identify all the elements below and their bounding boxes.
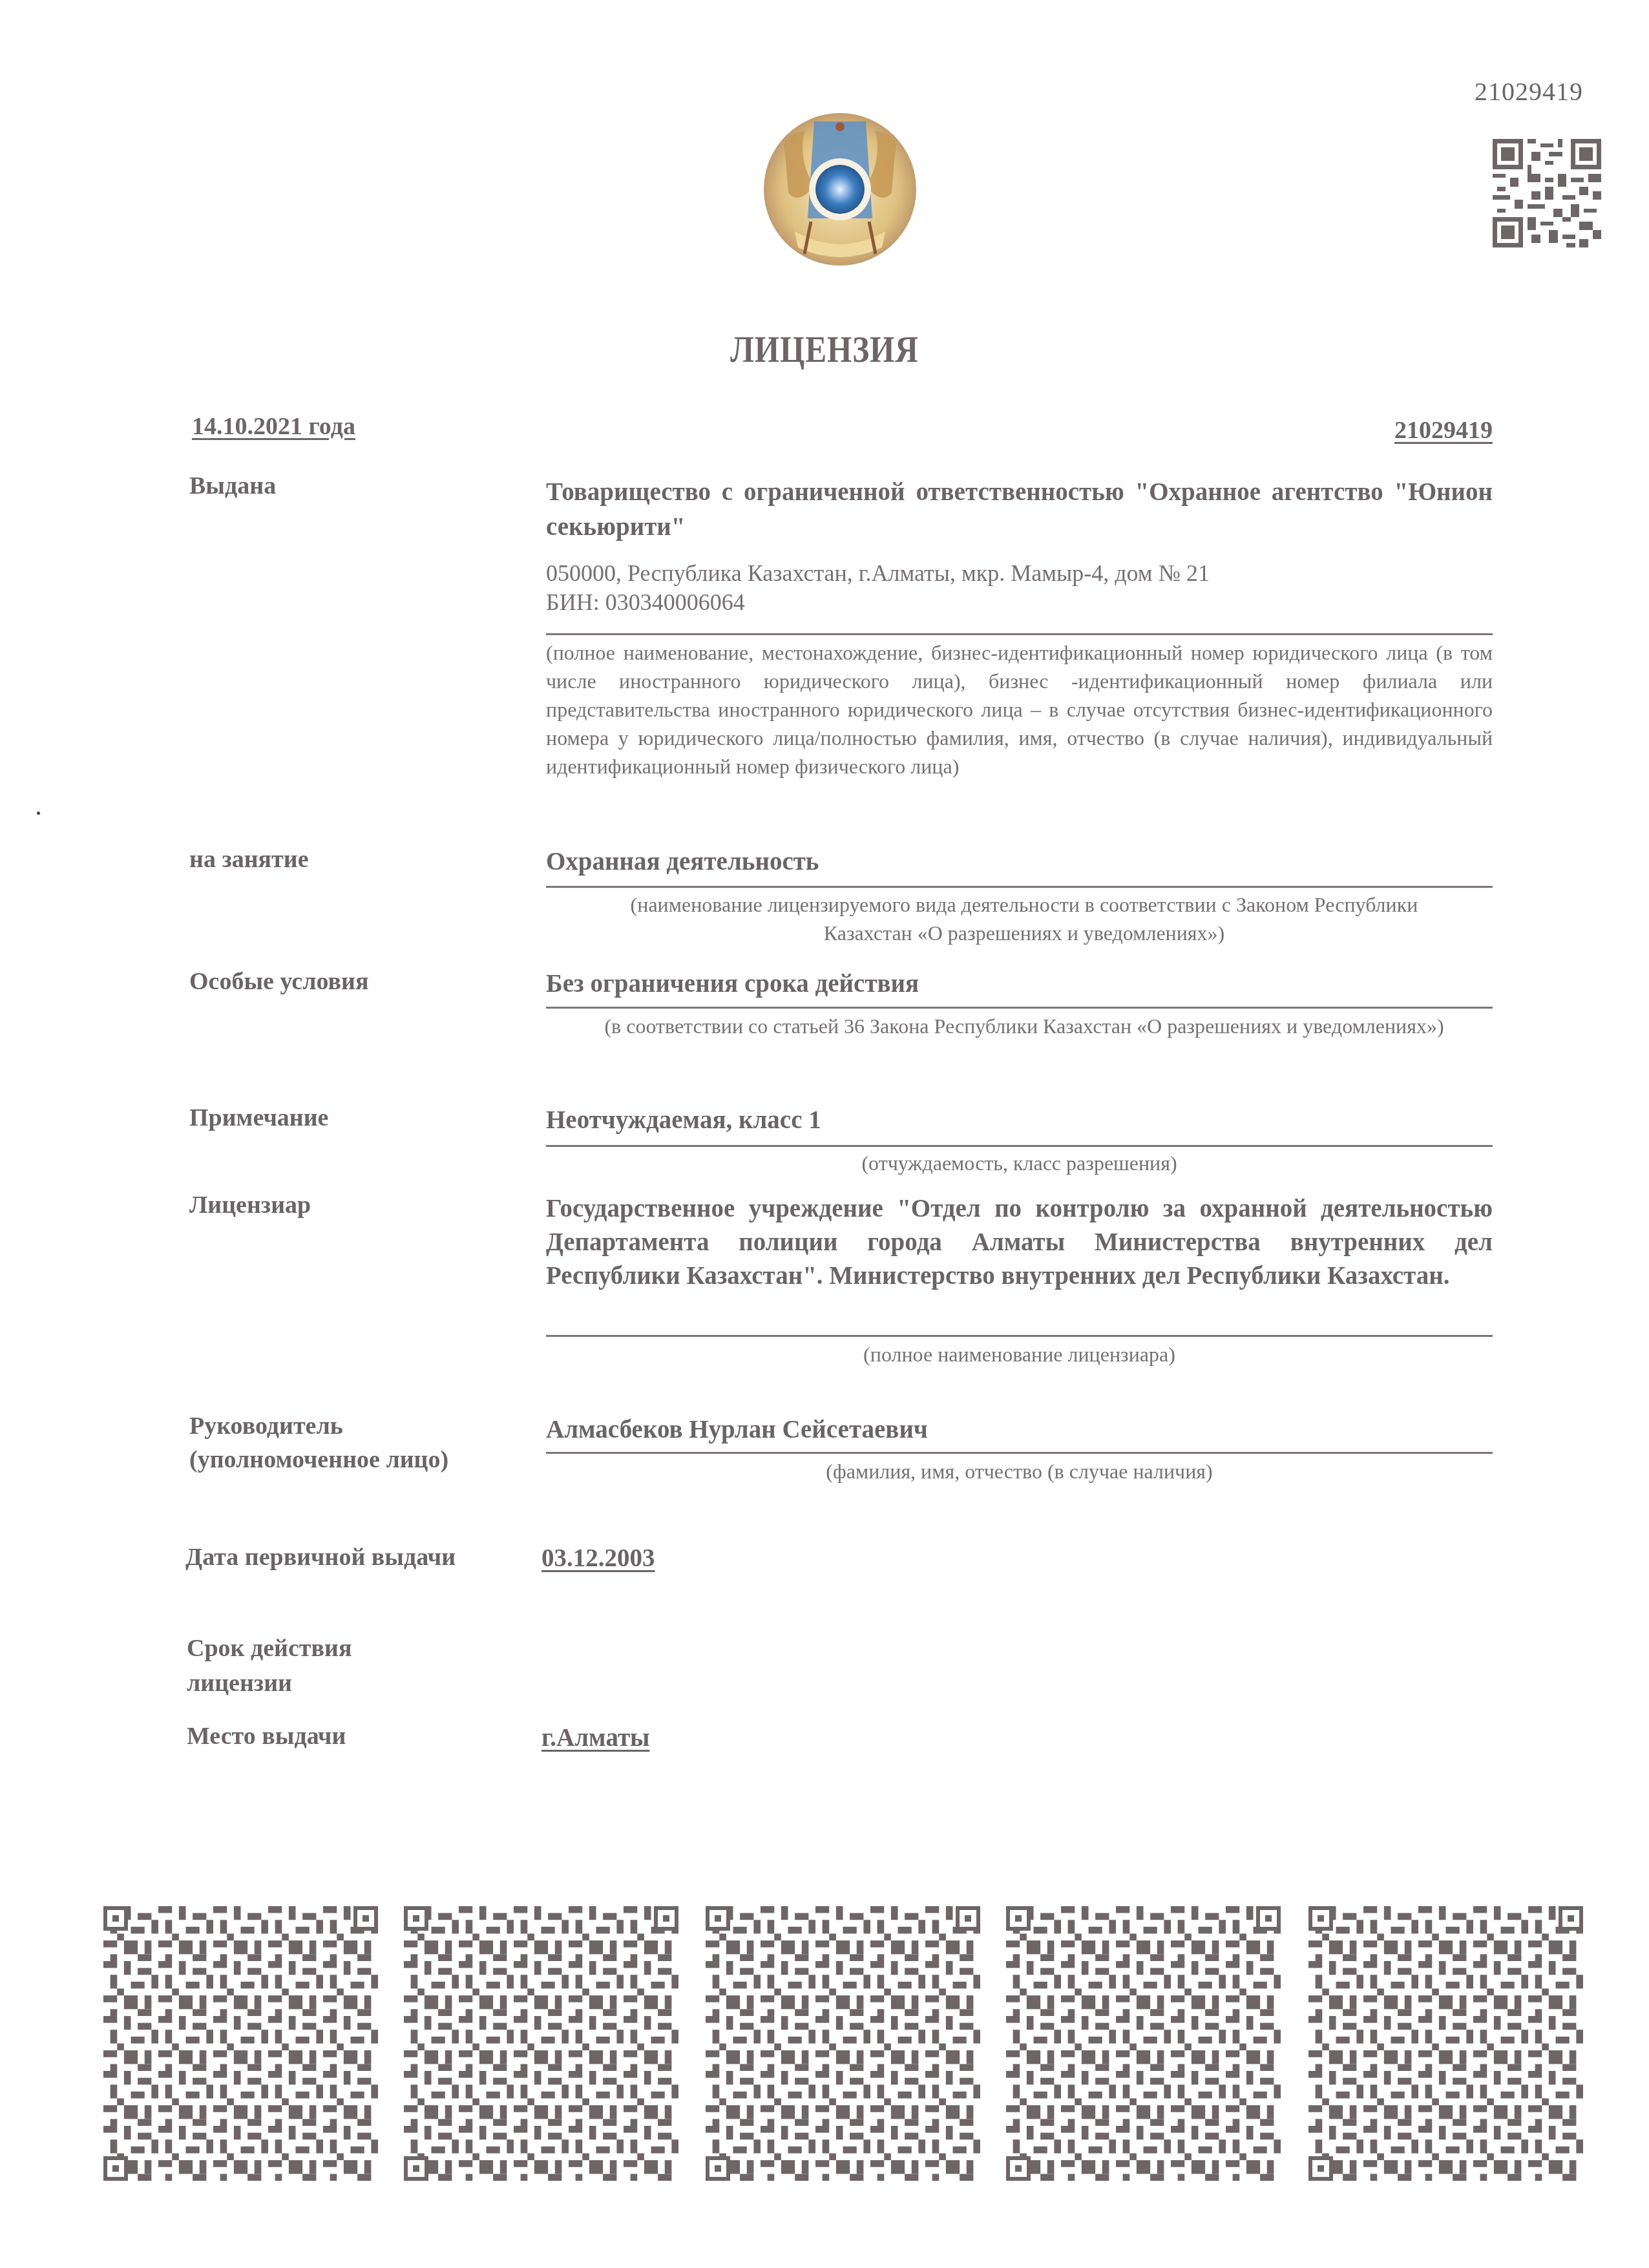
- label-issued-to: Выдана: [189, 468, 276, 503]
- qr-code-icon: [1493, 139, 1601, 247]
- label-special-conditions: Особые условия: [189, 964, 369, 999]
- divider: [546, 1452, 1493, 1454]
- label-activity: на занятие: [189, 842, 309, 877]
- value-head: Алмасбеков Нурлан Сейсетаевич: [546, 1413, 1493, 1447]
- caption-note: (отчуждаемость, класс разрешения): [546, 1149, 1493, 1177]
- value-note: Неотчуждаемая, класс 1: [546, 1104, 1493, 1137]
- issued-to-address: 050000, Республика Казахстан, г.Алматы, …: [546, 559, 1493, 587]
- qr-code-icon: [103, 1906, 378, 2181]
- qr-code-icon: [404, 1906, 678, 2181]
- issue-date: 14.10.2021 года: [192, 412, 355, 441]
- divider: [546, 1007, 1493, 1009]
- label-first-issue-date: Дата первичной выдачи: [185, 1540, 456, 1575]
- state-emblem-icon: [759, 109, 921, 270]
- divider: [546, 1335, 1493, 1337]
- caption-head: (фамилия, имя, отчество (в случае наличи…: [546, 1457, 1493, 1486]
- qr-code-icon: [706, 1906, 980, 2181]
- scan-artifact: [37, 812, 40, 815]
- value-activity: Охранная деятельность: [546, 845, 1493, 879]
- value-licensor: Государственное учреждение "Отдел по кон…: [546, 1192, 1493, 1293]
- caption-special-conditions: (в соответствии со статьей 36 Закона Рес…: [591, 1012, 1457, 1040]
- divider: [546, 886, 1493, 888]
- caption-licensor: (полное наименование лицензиара): [546, 1340, 1493, 1369]
- label-validity-line2: лицензии: [187, 1666, 292, 1701]
- qr-code-icon: [1308, 1906, 1583, 2181]
- document-number-top: 21029419: [1475, 76, 1583, 107]
- divider: [546, 1145, 1493, 1147]
- qr-code-icon: [1006, 1906, 1281, 2181]
- value-first-issue-date: 03.12.2003: [541, 1542, 655, 1575]
- label-licensor: Лицензиар: [189, 1188, 311, 1223]
- value-issued-to: Товарищество с ограниченной ответственно…: [546, 475, 1493, 545]
- value-special-conditions: Без ограничения срока действия: [546, 967, 1493, 1001]
- label-head: Руководитель: [189, 1409, 343, 1444]
- label-note: Примечание: [189, 1100, 328, 1135]
- caption-issued-to: (полное наименование, местонахождение, б…: [546, 638, 1493, 781]
- caption-activity: (наименование лицензируемого вида деятел…: [601, 890, 1447, 947]
- document-title: ЛИЦЕНЗИЯ: [99, 330, 1550, 371]
- label-head-subtitle: (уполномоченное лицо): [189, 1442, 448, 1477]
- issued-to-bin: БИН: 030340006064: [546, 588, 1493, 616]
- divider: [546, 633, 1493, 635]
- license-number: 21029419: [1394, 416, 1493, 445]
- label-place-of-issue: Место выдачи: [187, 1719, 346, 1754]
- value-place-of-issue: г.Алматы: [541, 1721, 650, 1755]
- label-validity: Срок действия: [187, 1631, 352, 1666]
